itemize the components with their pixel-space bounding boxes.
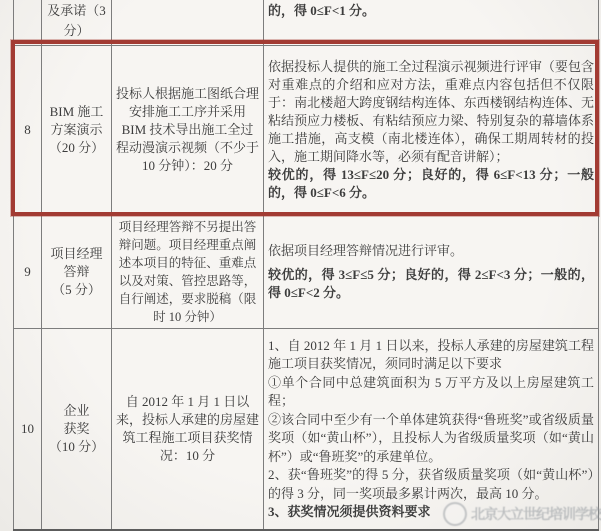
row-number-cell: 8 xyxy=(14,46,42,215)
scoring-regular-text: 1、自 2012 年 1 月 1 日以来，投标人承建的房屋建筑工程施工项目获奖情… xyxy=(268,337,594,504)
scoring-regular-text: 依据投标人提供的施工全过程演示视频进行评审（要包含对重难点的介绍和应对方法，重难… xyxy=(268,58,594,166)
criterion-scoring-cell: 的，得 0≤F<1 分。 xyxy=(264,0,599,46)
table-row-10-awards: 10 企业 获奖 （10 分） 自 2012 年 1 月 1 日以来，投标人承建… xyxy=(14,329,599,531)
criterion-scoring-cell: 1、自 2012 年 1 月 1 日以来，投标人承建的房屋建筑工程施工项目获奖情… xyxy=(264,329,599,531)
table-row-8-bim-demo: 8 BIM 施工 方案演示 （20 分） 投标人根据施工图纸合理安排施工工序并采… xyxy=(14,46,599,215)
criterion-desc-cell: 项目经理答辩不另提出答辩问题。项目经理重点阐述本项目的特征、重难点以及对策、管控… xyxy=(112,215,264,329)
criterion-scoring-cell: 依据项目经理答辩情况进行评审。 较优的，得 3≤F≤5 分；良好的，得 2≤F<… xyxy=(264,215,599,329)
scoring-bold-text: 的，得 0≤F<1 分。 xyxy=(268,2,594,20)
criterion-name-cell: BIM 施工 方案演示 （20 分） xyxy=(42,46,112,215)
watermark: 北京大立世纪培训学校 xyxy=(443,502,601,526)
criterion-name-cell: 企业 获奖 （10 分） xyxy=(42,329,112,531)
evaluation-table: 及承诺（3 分） 的，得 0≤F<1 分。 8 BIM 施工 方案演示 （20 … xyxy=(13,0,599,531)
criterion-name-cell: 项目经理 答辩 （5 分） xyxy=(42,215,112,329)
watermark-text: 北京大立世纪培训学校 xyxy=(471,504,601,524)
scoring-regular-text: 依据项目经理答辩情况进行评审。 xyxy=(268,242,594,260)
criterion-desc-cell xyxy=(112,0,264,46)
table-row-partial: 及承诺（3 分） 的，得 0≤F<1 分。 xyxy=(14,0,599,46)
criterion-desc-cell: 自 2012 年 1 月 1 日以来，投标人承建的房屋建筑工程施工项目获奖情况：… xyxy=(112,329,264,531)
row-number-cell: 10 xyxy=(14,329,42,531)
criterion-scoring-cell: 依据投标人提供的施工全过程演示视频进行评审（要包含对重难点的介绍和应对方法，重难… xyxy=(264,46,599,215)
row-number-cell: 9 xyxy=(14,215,42,329)
scoring-bold-text: 较优的，得 3≤F≤5 分；良好的，得 2≤F<3 分；一般的，得 0≤F<2 … xyxy=(268,266,594,302)
criterion-name-cell: 及承诺（3 分） xyxy=(42,0,112,46)
document-page: 及承诺（3 分） 的，得 0≤F<1 分。 8 BIM 施工 方案演示 （20 … xyxy=(0,0,601,531)
watermark-logo-icon xyxy=(443,502,467,526)
table-row-9-pm-defense: 9 项目经理 答辩 （5 分） 项目经理答辩不另提出答辩问题。项目经理重点阐述本… xyxy=(14,215,599,329)
row-number-cell xyxy=(14,0,42,46)
scoring-bold-text: 较优的，得 13≤F≤20 分；良好的，得 6≤F<13 分；一般的，得 0≤F… xyxy=(268,166,594,202)
criterion-desc-cell: 投标人根据施工图纸合理安排施工工序并采用 BIM 技术导出施工全过程动漫演示视频… xyxy=(112,46,264,215)
